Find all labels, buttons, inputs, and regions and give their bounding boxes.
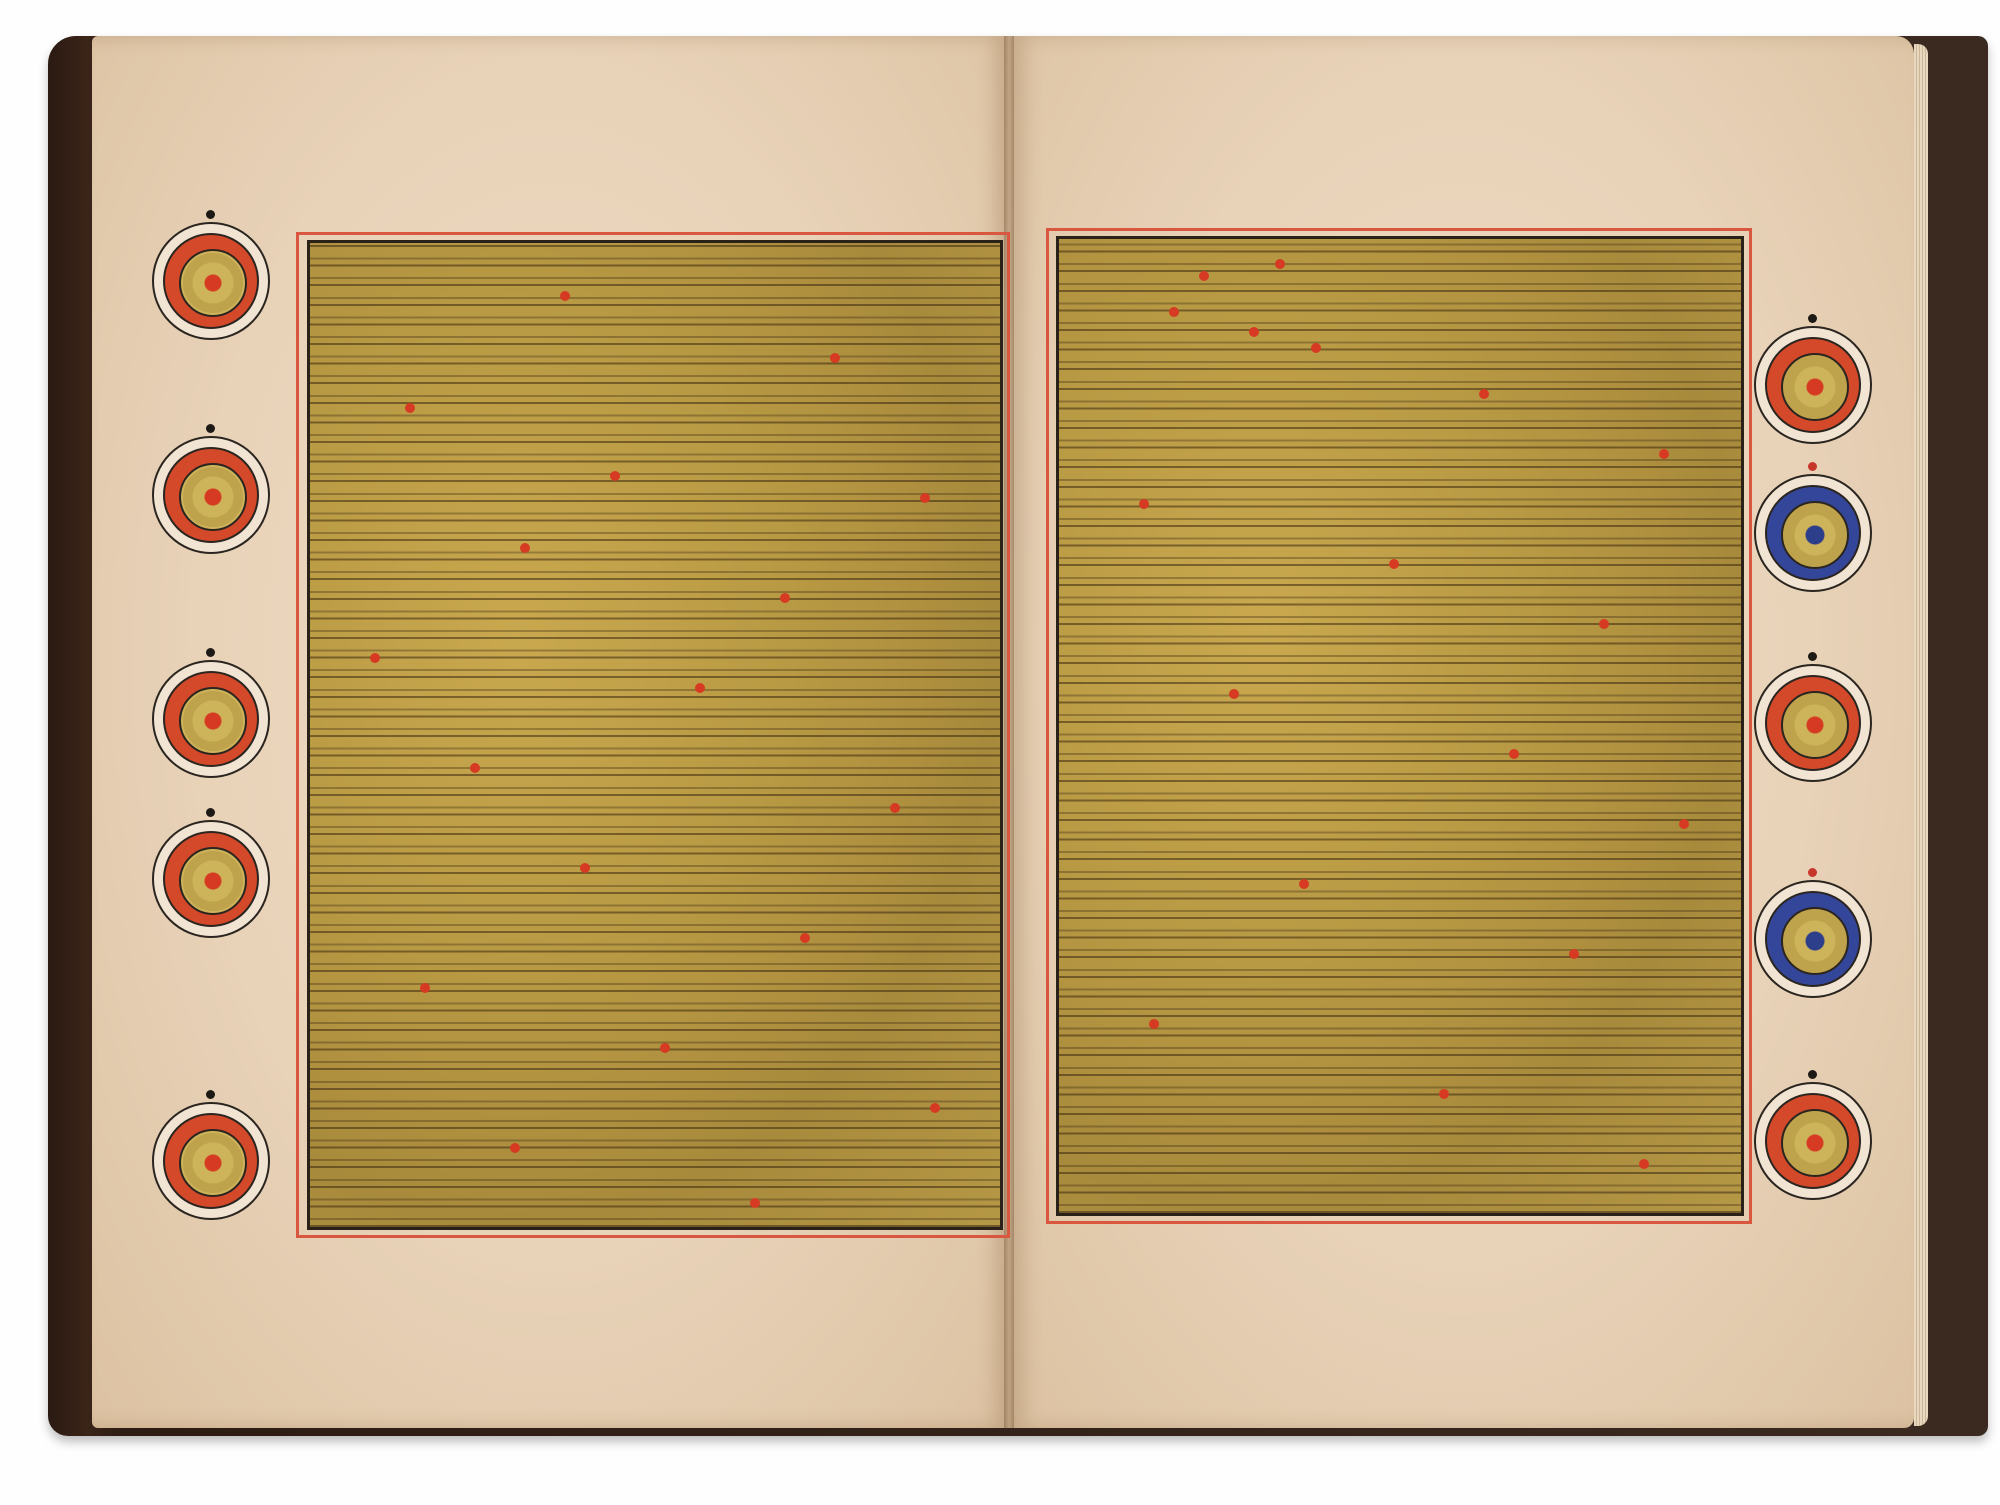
verse-marker <box>510 1143 520 1153</box>
roundel-dot <box>1808 314 1817 323</box>
roundel-ground <box>163 1113 259 1209</box>
roundel-ground <box>1765 891 1861 987</box>
roundel-dot <box>206 648 215 657</box>
verse-marker <box>610 471 620 481</box>
roundel-dot <box>1808 462 1817 471</box>
verse-marker <box>930 1103 940 1113</box>
verse-marker <box>1299 879 1309 889</box>
page-edges <box>1914 44 1928 1426</box>
verse-marker <box>695 683 705 693</box>
rosette-icon <box>179 463 247 531</box>
verse-marker <box>920 493 930 503</box>
right-text-block <box>1059 239 1741 1213</box>
verse-marker <box>1229 689 1239 699</box>
verse-marker <box>1659 449 1669 459</box>
verse-marker <box>1139 499 1149 509</box>
roundel-dot <box>1808 1070 1817 1079</box>
verse-marker <box>1311 343 1321 353</box>
verse-marker <box>660 1043 670 1053</box>
right-roundel-1 <box>1754 326 1872 444</box>
verse-marker <box>1249 327 1259 337</box>
verse-marker <box>780 593 790 603</box>
roundel-ground <box>163 671 259 767</box>
verse-marker <box>800 933 810 943</box>
verse-marker <box>1569 949 1579 959</box>
roundel-dot <box>1808 868 1817 877</box>
palmette-icon <box>1781 691 1849 759</box>
right-roundel-2 <box>1754 474 1872 592</box>
verse-marker <box>1149 1019 1159 1029</box>
left-roundel-3 <box>152 660 270 778</box>
palmette-icon <box>1781 907 1849 975</box>
roundel-dot <box>206 424 215 433</box>
roundel-dot <box>206 1090 215 1099</box>
rosette-icon <box>179 1129 247 1197</box>
verse-marker <box>750 1198 760 1208</box>
verse-marker <box>420 983 430 993</box>
verse-marker <box>520 543 530 553</box>
roundel-ground <box>163 447 259 543</box>
palmette-icon <box>1781 353 1849 421</box>
manuscript-photo: Two facing pages with gold-ground text b… <box>0 0 2000 1505</box>
verse-marker <box>1639 1159 1649 1169</box>
verse-marker <box>1389 559 1399 569</box>
verse-marker <box>580 863 590 873</box>
left-roundel-4 <box>152 820 270 938</box>
verse-marker <box>1169 307 1179 317</box>
palmette-icon <box>1781 501 1849 569</box>
roundel-ground <box>163 831 259 927</box>
verse-marker <box>1679 819 1689 829</box>
roundel-dot <box>1808 652 1817 661</box>
roundel-ground <box>163 233 259 329</box>
verse-marker <box>1275 259 1285 269</box>
rosette-icon <box>179 249 247 317</box>
right-roundel-4 <box>1754 880 1872 998</box>
verse-marker <box>370 653 380 663</box>
roundel-ground <box>1765 337 1861 433</box>
roundel-ground <box>1765 1093 1861 1189</box>
rosette-icon <box>179 687 247 755</box>
left-roundel-5 <box>152 1102 270 1220</box>
palmette-icon <box>1781 1109 1849 1177</box>
roundel-dot <box>206 808 215 817</box>
right-roundel-5 <box>1754 1082 1872 1200</box>
verse-marker <box>1199 271 1209 281</box>
verse-marker <box>560 291 570 301</box>
right-roundel-3 <box>1754 664 1872 782</box>
verse-marker <box>405 403 415 413</box>
verse-marker <box>890 803 900 813</box>
verse-marker <box>1479 389 1489 399</box>
left-roundel-1 <box>152 222 270 340</box>
verse-marker <box>1599 619 1609 629</box>
verse-marker <box>1439 1089 1449 1099</box>
left-text-block <box>310 243 1000 1227</box>
verse-marker <box>830 353 840 363</box>
rosette-icon <box>179 847 247 915</box>
verse-marker <box>1509 749 1519 759</box>
left-roundel-2 <box>152 436 270 554</box>
roundel-ground <box>1765 485 1861 581</box>
roundel-ground <box>1765 675 1861 771</box>
verse-marker <box>470 763 480 773</box>
roundel-dot <box>206 210 215 219</box>
